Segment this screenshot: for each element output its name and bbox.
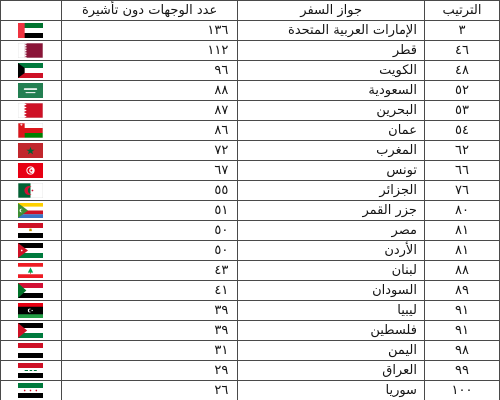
table-row: ٨١مصر٥٠ [1, 221, 500, 241]
flag-cell [1, 41, 62, 61]
visa-free-cell: ٣٩ [61, 301, 237, 321]
morocco-flag-icon [18, 143, 43, 158]
uae-flag-icon [18, 23, 43, 38]
rank-cell: ٨٩ [424, 281, 499, 301]
table-row: ١٠٠سوريا٢٦ [1, 381, 500, 400]
flag-cell [1, 301, 62, 321]
palestine-flag-icon [18, 323, 43, 338]
saudi-arabia-flag-icon [18, 83, 43, 98]
country-cell: فلسطين [238, 321, 425, 341]
flag-cell [1, 61, 62, 81]
visa-free-cell: ٥٠ [61, 221, 237, 241]
visa-free-cell: ١٣٦ [61, 21, 237, 41]
rank-cell: ٧٦ [424, 181, 499, 201]
rank-cell: ٦٢ [424, 141, 499, 161]
iraq-flag-icon [18, 363, 43, 378]
flag-cell [1, 381, 62, 400]
flag-cell [1, 201, 62, 221]
table-row: ٩٨اليمن٣١ [1, 341, 500, 361]
visa-free-cell: ٥٥ [61, 181, 237, 201]
table-row: ٧٦الجزائر٥٥ [1, 181, 500, 201]
visa-free-cell: ١١٢ [61, 41, 237, 61]
oman-flag-icon [18, 123, 43, 138]
flag-cell [1, 181, 62, 201]
rank-cell: ٤٨ [424, 61, 499, 81]
visa-free-cell: ٧٢ [61, 141, 237, 161]
flag-cell [1, 241, 62, 261]
table-row: ٥٤عمان٨٦ [1, 121, 500, 141]
country-cell: لبنان [238, 261, 425, 281]
country-cell: الكويت [238, 61, 425, 81]
table-row: ٤٦قطر١١٢ [1, 41, 500, 61]
flag-column-header [1, 1, 62, 21]
table-row: ٨٩السودان٤١ [1, 281, 500, 301]
visa-free-cell: ٢٩ [61, 361, 237, 381]
country-cell: الإمارات العربية المتحدة [238, 21, 425, 41]
visa-free-cell: ٥١ [61, 201, 237, 221]
country-cell: الأردن [238, 241, 425, 261]
country-cell: العراق [238, 361, 425, 381]
visa-free-cell: ٤٣ [61, 261, 237, 281]
rank-cell: ٩١ [424, 301, 499, 321]
table-row: ٥٢السعودية٨٨ [1, 81, 500, 101]
rank-cell: ١٠٠ [424, 381, 499, 400]
sudan-flag-icon [18, 283, 43, 298]
qatar-flag-icon [18, 43, 43, 58]
flag-cell [1, 341, 62, 361]
rank-cell: ٩٨ [424, 341, 499, 361]
country-cell: ليبيا [238, 301, 425, 321]
flag-cell [1, 361, 62, 381]
syria-flag-icon [18, 383, 43, 398]
rank-cell: ٥٤ [424, 121, 499, 141]
libya-flag-icon [18, 303, 43, 318]
table-row: ٩٩العراق٢٩ [1, 361, 500, 381]
country-cell: قطر [238, 41, 425, 61]
table-row: ٣الإمارات العربية المتحدة١٣٦ [1, 21, 500, 41]
country-cell: الجزائر [238, 181, 425, 201]
egypt-flag-icon [18, 223, 43, 238]
rank-cell: ٨٠ [424, 201, 499, 221]
country-cell: البحرين [238, 101, 425, 121]
visa-free-cell: ٤١ [61, 281, 237, 301]
country-cell: اليمن [238, 341, 425, 361]
passport-ranking-table: الترتيب جواز السفر عدد الوجهات دون تأشير… [0, 0, 500, 400]
jordan-flag-icon [18, 243, 43, 258]
rank-cell: ٤٦ [424, 41, 499, 61]
visa-free-cell: ٢٦ [61, 381, 237, 400]
lebanon-flag-icon [18, 263, 43, 278]
rank-cell: ٥٢ [424, 81, 499, 101]
flag-cell [1, 81, 62, 101]
table-row: ٦٦تونس٦٧ [1, 161, 500, 181]
rank-cell: ٣ [424, 21, 499, 41]
country-cell: جزر القمر [238, 201, 425, 221]
visa-free-cell: ٨٧ [61, 101, 237, 121]
visa-free-cell: ٨٦ [61, 121, 237, 141]
tunisia-flag-icon [18, 163, 43, 178]
rank-cell: ٩٩ [424, 361, 499, 381]
flag-cell [1, 21, 62, 41]
flag-cell [1, 101, 62, 121]
visa-free-cell: ٩٦ [61, 61, 237, 81]
flag-cell [1, 121, 62, 141]
table-row: ٨٨لبنان٤٣ [1, 261, 500, 281]
flag-cell [1, 141, 62, 161]
rank-cell: ٦٦ [424, 161, 499, 181]
kuwait-flag-icon [18, 63, 43, 78]
flag-cell [1, 321, 62, 341]
rank-cell: ٨١ [424, 221, 499, 241]
rank-cell: ٩١ [424, 321, 499, 341]
country-cell: السعودية [238, 81, 425, 101]
table-row: ٦٢المغرب٧٢ [1, 141, 500, 161]
rank-cell: ٨١ [424, 241, 499, 261]
visa-free-cell: ٦٧ [61, 161, 237, 181]
rank-cell: ٨٨ [424, 261, 499, 281]
table-row: ٩١ليبيا٣٩ [1, 301, 500, 321]
visa-free-cell: ٣١ [61, 341, 237, 361]
table-row: ٩١فلسطين٣٩ [1, 321, 500, 341]
rank-column-header: الترتيب [424, 1, 499, 21]
yemen-flag-icon [18, 343, 43, 358]
flag-cell [1, 221, 62, 241]
passport-column-header: جواز السفر [238, 1, 425, 21]
comoros-flag-icon [18, 203, 43, 218]
table-row: ٤٨الكويت٩٦ [1, 61, 500, 81]
country-cell: المغرب [238, 141, 425, 161]
visa-free-cell: ٥٠ [61, 241, 237, 261]
bahrain-flag-icon [18, 103, 43, 118]
visa-free-cell: ٣٩ [61, 321, 237, 341]
country-cell: تونس [238, 161, 425, 181]
country-cell: سوريا [238, 381, 425, 400]
table-row: ٨٠جزر القمر٥١ [1, 201, 500, 221]
visa-free-column-header: عدد الوجهات دون تأشيرة [61, 1, 237, 21]
country-cell: السودان [238, 281, 425, 301]
flag-cell [1, 261, 62, 281]
flag-cell [1, 281, 62, 301]
country-cell: مصر [238, 221, 425, 241]
country-cell: عمان [238, 121, 425, 141]
flag-cell [1, 161, 62, 181]
rank-cell: ٥٣ [424, 101, 499, 121]
table-row: ٨١الأردن٥٠ [1, 241, 500, 261]
visa-free-cell: ٨٨ [61, 81, 237, 101]
algeria-flag-icon [18, 183, 43, 198]
header-row: الترتيب جواز السفر عدد الوجهات دون تأشير… [1, 1, 500, 21]
table-row: ٥٣البحرين٨٧ [1, 101, 500, 121]
